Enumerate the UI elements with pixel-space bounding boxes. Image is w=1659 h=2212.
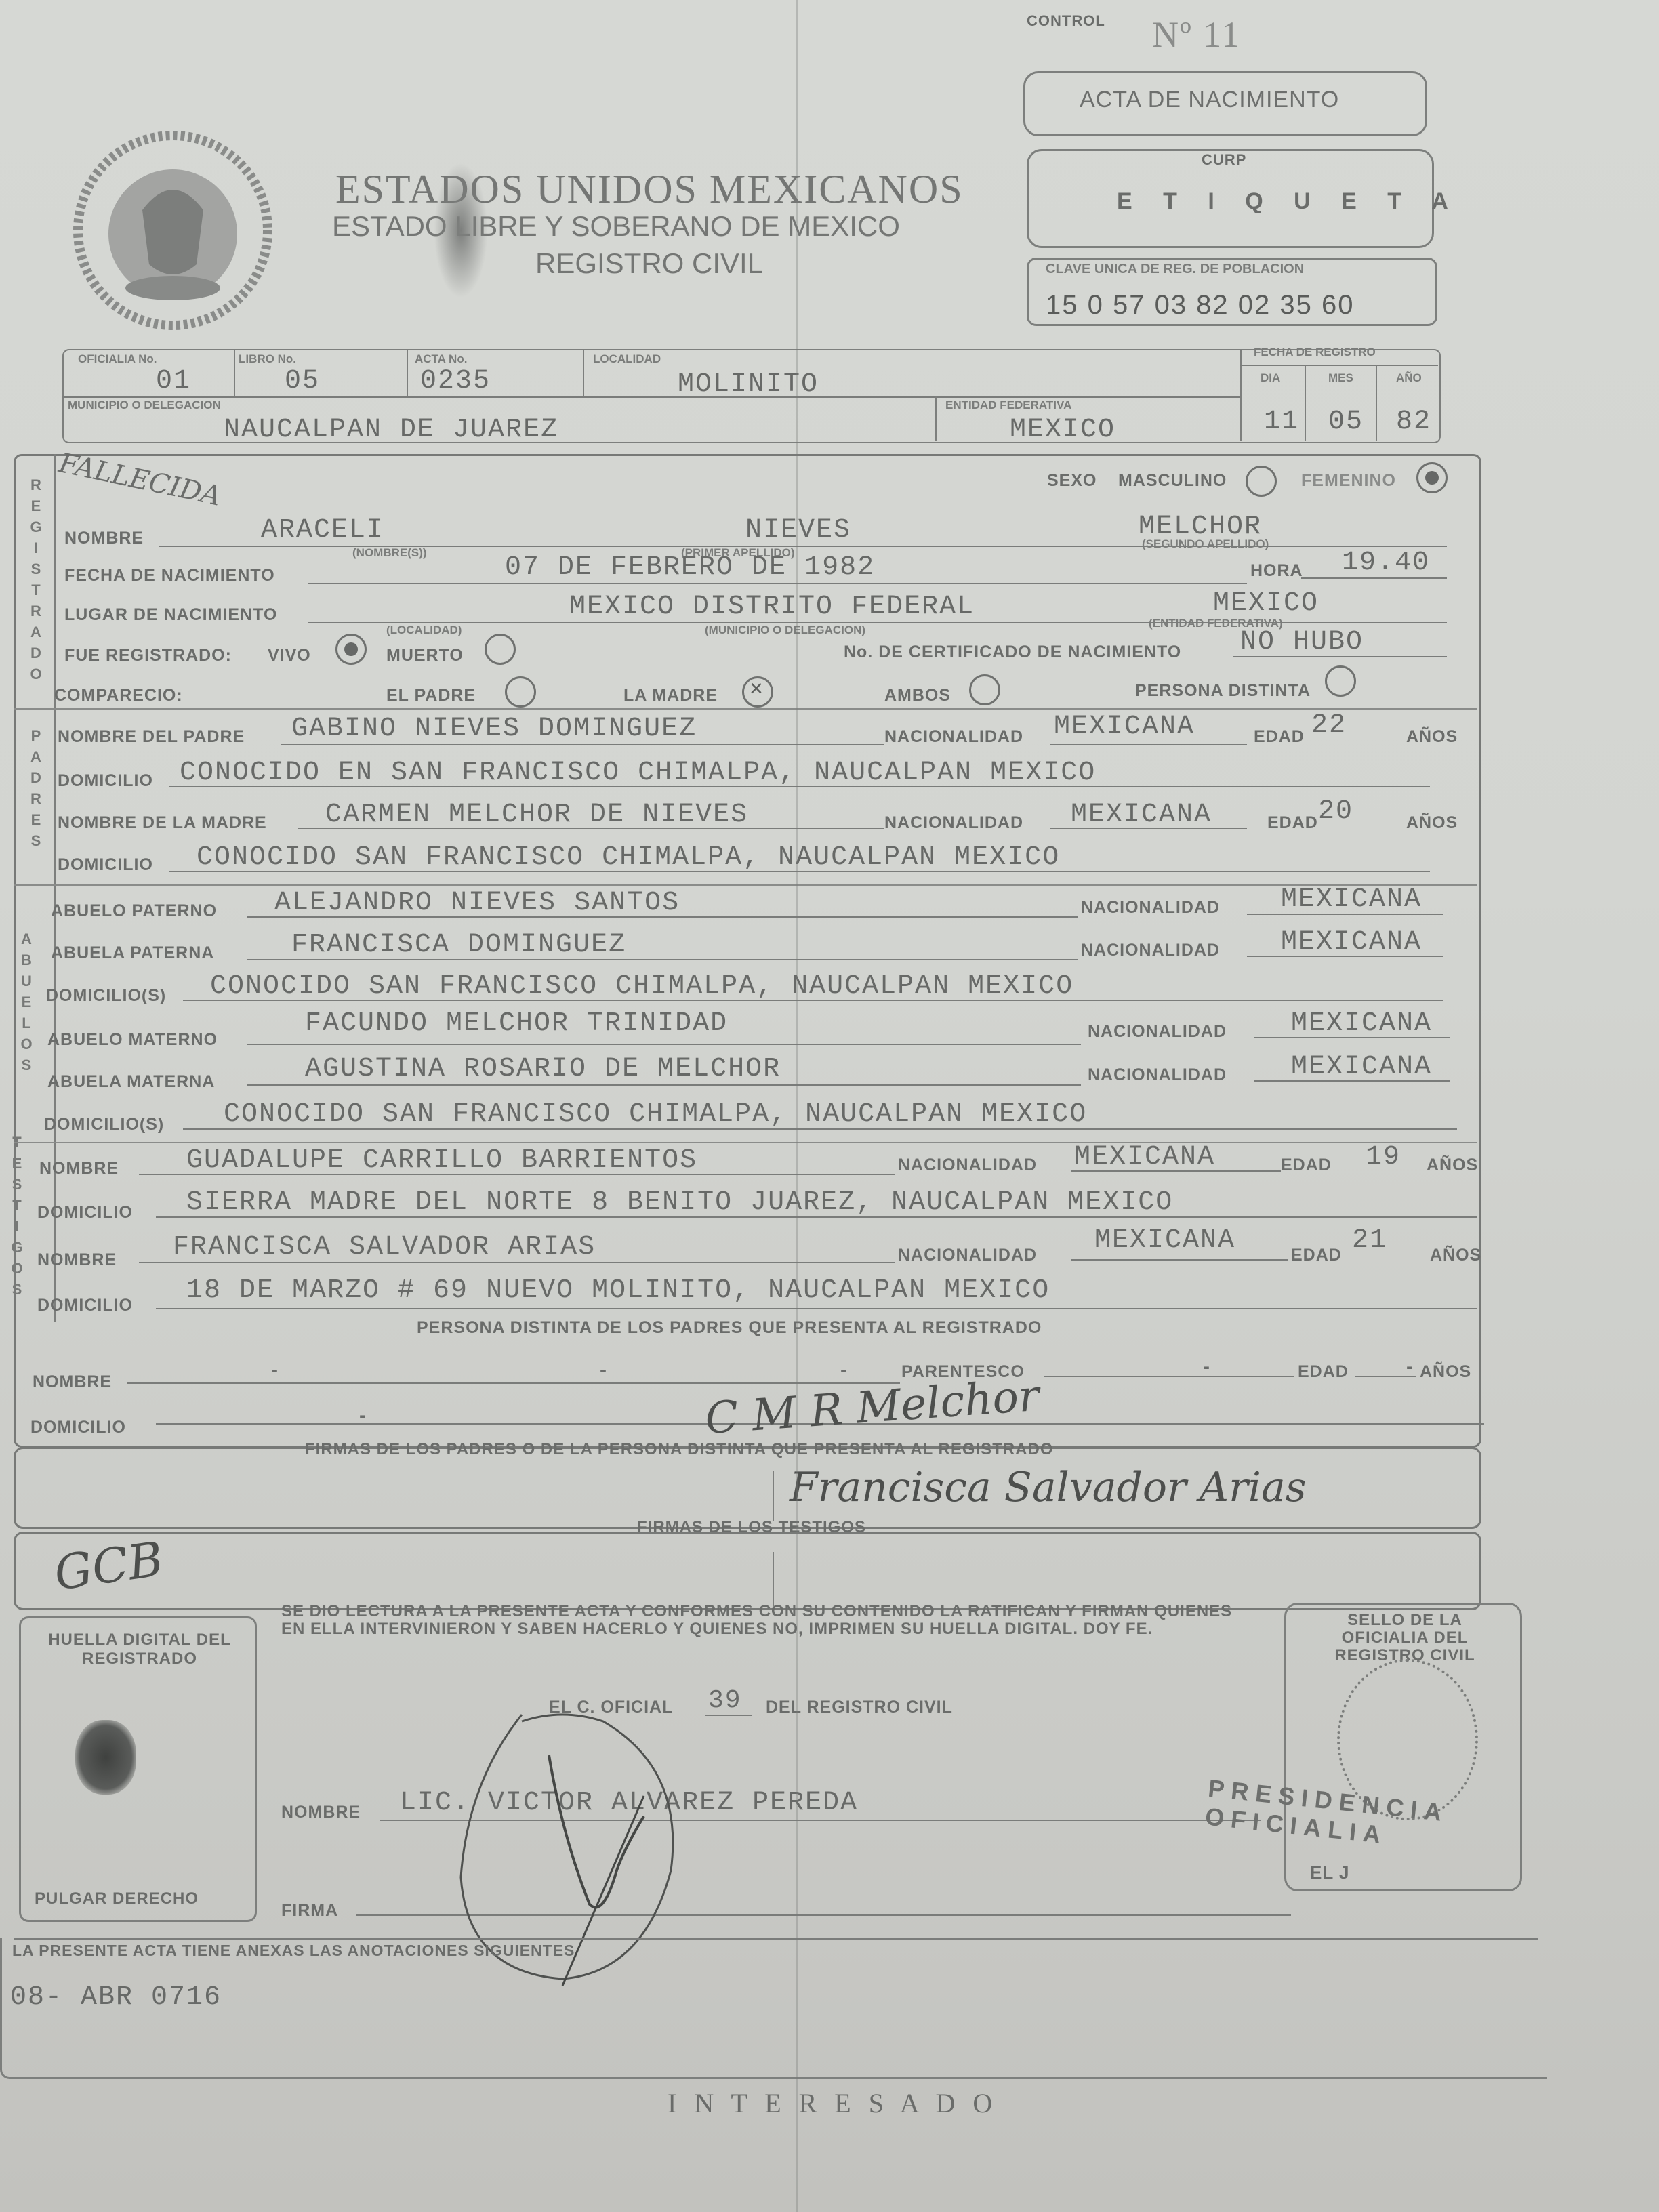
testigo2-nombre-label: NOMBRE [37,1250,117,1270]
masculino-label: MASCULINO [1118,471,1227,491]
padre-label: NOMBRE DEL PADRE [58,727,245,747]
nombre-label: NOMBRE [64,529,144,548]
comparecio-madre-label: LA MADRE [623,686,718,705]
underline [247,1084,1081,1086]
madre-nombre: CARMEN MELCHOR DE NIEVES [325,800,748,830]
persona-distinta-anos-label: AÑOS [1420,1362,1471,1382]
vivo-radio[interactable] [335,634,367,665]
testigo1-nac: MEXICANA [1074,1142,1215,1172]
comparecio-padre-label: EL PADRE [386,686,476,705]
madre-anos-label: AÑOS [1406,813,1458,833]
clave-box: CLAVE UNICA DE REG. DE POBLACION 15 0 57… [1027,258,1437,326]
divider [234,349,235,396]
testigo2-domicilio: 18 DE MARZO # 69 NUEVO MOLINITO, NAUCALP… [186,1275,1050,1306]
side-label-padres: PADRES [26,725,46,851]
municipio-value: NAUCALPAN DE JUAREZ [224,415,558,445]
padre-edad: 22 [1311,710,1347,741]
firmas-testigos-title: FIRMAS DE LOS TESTIGOS [637,1518,866,1537]
fecha-nacimiento-value: 07 DE FEBRERO DE 1982 [505,552,875,583]
huella-title: HUELLA DIGITAL DEL REGISTRADO [41,1631,238,1668]
entidad-label: ENTIDAD FEDERATIVA [945,398,1071,412]
comparecio-label: COMPARECIO: [54,686,183,705]
persona-distinta-nombre-dash-2: - [600,1359,607,1382]
thumbprint-icon [75,1720,136,1795]
persona-distinta-nombre-label: NOMBRE [33,1372,112,1392]
entidad-value: MEXICO [1010,415,1115,445]
muerto-radio[interactable] [485,634,516,665]
localidad-sublabel: (LOCALIDAD) [386,623,462,637]
control-label: CONTROL [1027,12,1105,30]
libro-value: 05 [285,366,320,396]
madre-edad: 20 [1318,796,1353,827]
dia-value: 11 [1264,407,1299,437]
comparecio-distinta-radio[interactable] [1325,665,1356,697]
testigo2-edad: 21 [1352,1225,1387,1256]
testigo2-nac: MEXICANA [1094,1225,1235,1256]
lugar-nacimiento-label: LUGAR DE NACIMIENTO [64,605,277,625]
certificado-label: No. DE CERTIFICADO DE NACIMIENTO [844,642,1181,662]
national-coat-of-arms-icon [68,129,278,332]
nombre-sublabel: (NOMBRE(S)) [352,546,427,560]
dia-label: DIA [1261,371,1280,385]
testigo2-domicilio-label: DOMICILIO [37,1296,133,1315]
padre-domicilio-label: DOMICILIO [58,771,153,791]
section-divider [14,708,1477,710]
registrado-nombre: ARACELI [261,515,384,546]
testigo1-edad-label: EDAD [1281,1155,1332,1175]
testigo1-anos-label: AÑOS [1427,1155,1478,1175]
ink-stain [434,163,488,298]
abuelo-paterno: ALEJANDRO NIEVES SANTOS [274,888,680,918]
underline [127,1382,900,1384]
muerto-label: MUERTO [386,646,464,665]
maternos-domicilio-label: DOMICILIO(S) [44,1115,164,1134]
comparecio-ambos-radio[interactable] [969,674,1000,705]
curp-value: E T I Q U E T A [1117,188,1460,215]
testigo1-edad: 19 [1366,1142,1401,1172]
hora-label: HORA [1250,561,1303,581]
divider [1240,365,1438,366]
sello-title: SELLO DE LA OFICIALIA DEL REGISTRO CIVIL [1307,1612,1503,1664]
signature-divider [773,1471,774,1521]
paternos-domicilio-label: DOMICILIO(S) [46,986,166,1006]
testigo1-nombre-label: NOMBRE [39,1159,119,1179]
testigo2-anos-label: AÑOS [1430,1246,1481,1265]
ano-value: 82 [1396,407,1431,437]
acta-label: ACTA No. [415,352,467,366]
divider [1376,365,1377,441]
header-office: REGISTRO CIVIL [535,247,763,280]
signature-divider [773,1552,774,1606]
masculino-radio[interactable] [1246,466,1277,497]
clave-label: CLAVE UNICA DE REG. DE POBLACION [1046,262,1304,277]
abuela-materna-nac-label: NACIONALIDAD [1088,1065,1227,1085]
persona-distinta-domicilio-label: DOMICILIO [30,1418,126,1437]
abuela-paterna-label: ABUELA PATERNA [51,943,214,963]
control-number: Nº 11 [1152,14,1241,56]
sexo-label: SEXO [1047,471,1097,491]
padre-nacionalidad-label: NACIONALIDAD [884,727,1023,747]
segundo-apellido-sublabel: (SEGUNDO APELLIDO) [1142,537,1269,551]
firma-label: FIRMA [281,1901,338,1921]
pulgar-label: PULGAR DERECHO [35,1889,199,1908]
abuelo-materno-nac-label: NACIONALIDAD [1088,1022,1227,1042]
divider [1240,349,1242,441]
hora-value: 19.40 [1342,548,1430,578]
libro-label: LIBRO No. [239,352,296,366]
clave-value: 15 0 57 03 82 02 35 60 [1046,290,1354,321]
underline [1071,1259,1288,1261]
lugar-entidad-value: MEXICO [1213,588,1319,619]
persona-distinta-domicilio-dash: - [359,1404,367,1427]
padre-nombre: GABINO NIEVES DOMINGUEZ [291,714,697,744]
persona-distinta-nombre-dash-1: - [271,1359,279,1382]
femenino-radio[interactable] [1416,462,1448,493]
document-type-box: ACTA DE NACIMIENTO [1023,71,1427,136]
paper-fold [796,0,798,2212]
stamp-text-2: EL J [1310,1862,1349,1883]
witness2-signature: Francisca Salvador Arias [790,1464,1307,1511]
side-label-abuelos: ABUELOS [16,928,37,1076]
testigo1-nac-label: NACIONALIDAD [898,1155,1037,1175]
comparecio-madre-radio[interactable] [742,676,773,708]
abuela-paterna-nac: MEXICANA [1281,927,1422,958]
madre-nacionalidad-label: NACIONALIDAD [884,813,1023,833]
mes-value: 05 [1328,407,1364,437]
padre-edad-label: EDAD [1254,727,1305,747]
underline [247,1044,1081,1045]
padre-domicilio: CONOCIDO EN SAN FRANCISCO CHIMALPA, NAUC… [180,758,1096,788]
curp-box: CURP E T I Q U E T A [1027,149,1434,248]
testigo1-domicilio-label: DOMICILIO [37,1203,133,1223]
testigo1-domicilio: SIERRA MADRE DEL NORTE 8 BENITO JUAREZ, … [186,1187,1173,1218]
fue-registrado-label: FUE REGISTRADO: [64,646,232,665]
birth-certificate-page: CONTROL Nº 11 ESTADOS UNIDOS MEXICANOS E… [0,0,1659,2212]
divider [583,349,584,396]
madre-nacionalidad: MEXICANA [1071,800,1212,830]
madre-edad-label: EDAD [1267,813,1318,833]
abuelo-paterno-nac: MEXICANA [1281,884,1422,915]
persona-distinta-edad-label: EDAD [1298,1362,1349,1382]
abuela-materna: AGUSTINA ROSARIO DE MELCHOR [305,1054,781,1084]
comparecio-distinta-label: PERSONA DISTINTA [1135,681,1311,701]
section-divider [14,884,1477,886]
document-type: ACTA DE NACIMIENTO [1080,87,1339,113]
divider [1305,365,1306,441]
divider [935,396,937,441]
paternos-domicilio: CONOCIDO SAN FRANCISCO CHIMALPA, NAUCALP… [210,971,1073,1002]
header-state: ESTADO LIBRE Y SOBERANO DE MEXICO [332,210,900,243]
municipio-label: MUNICIPIO O DELEGACION [68,398,221,412]
divider [407,349,408,396]
underline [308,583,1247,584]
madre-label: NOMBRE DE LA MADRE [58,813,267,833]
registrado-primer-apellido: NIEVES [745,515,851,546]
madre-domicilio-label: DOMICILIO [58,855,153,875]
anotacion-value: 08- ABR 0716 [10,1982,222,2013]
certificado-value: NO HUBO [1240,627,1364,657]
huella-box: HUELLA DIGITAL DEL REGISTRADO PULGAR DER… [19,1616,257,1922]
ano-label: AÑO [1396,371,1422,385]
parentesco-dash: - [1203,1355,1210,1378]
oficialia-label: OFICIALIA No. [78,352,157,366]
side-label-testigos: TESTIGOS [7,1132,27,1300]
lectura-text: SE DIO LECTURA A LA PRESENTE ACTA Y CONF… [281,1603,1257,1638]
underline [156,1308,1477,1309]
fecha-registro-label: FECHA DE REGISTRO [1254,346,1376,359]
abuelo-materno-label: ABUELO MATERNO [47,1030,218,1050]
persona-distinta-nombre-dash-3: - [840,1359,848,1382]
interesado-label: I N T E R E S A D O [668,2087,998,2119]
oficialia-value: 01 [156,366,191,396]
comparecio-padre-radio[interactable] [505,676,536,708]
padre-anos-label: AÑOS [1406,727,1458,747]
localidad-label: LOCALIDAD [593,352,661,366]
firmas-padres-title: FIRMAS DE LOS PADRES O DE LA PERSONA DIS… [305,1440,1054,1459]
underline [1050,744,1247,745]
header-country: ESTADOS UNIDOS MEXICANOS [335,166,964,213]
abuelo-paterno-nac-label: NACIONALIDAD [1081,898,1220,918]
testigo2-edad-label: EDAD [1291,1246,1342,1265]
testigo2-nac-label: NACIONALIDAD [898,1246,1037,1265]
firmas-testigos-box [14,1532,1481,1610]
testigo1-nombre: GUADALUPE CARRILLO BARRIENTOS [186,1145,697,1176]
curp-label: CURP [1202,151,1246,169]
acta-value: 0235 [420,366,491,396]
abuelo-materno: FACUNDO MELCHOR TRINIDAD [305,1008,728,1039]
lugar-municipio-value: MEXICO DISTRITO FEDERAL [569,592,975,622]
abuelo-materno-nac: MEXICANA [1291,1008,1432,1039]
underline [1044,1376,1294,1377]
persona-distinta-edad-dash: - [1406,1355,1414,1378]
oficial-suffix: DEL REGISTRO CIVIL [766,1698,953,1717]
side-label-registrado: REGISTRADO [26,474,46,684]
persona-distinta-title: PERSONA DISTINTA DE LOS PADRES QUE PRESE… [417,1318,1042,1338]
sello-box: SELLO DE LA OFICIALIA DEL REGISTRO CIVIL… [1284,1603,1522,1891]
abuela-materna-label: ABUELA MATERNA [47,1072,215,1092]
section-divider [14,1142,1477,1143]
abuela-materna-nac: MEXICANA [1291,1052,1432,1082]
side-label-divider [54,454,56,1322]
municipio-sublabel: (MUNICIPIO O DELEGACION) [705,623,865,637]
mes-label: MES [1328,371,1353,385]
anotaciones-label: LA PRESENTE ACTA TIENE ANEXAS LAS ANOTAC… [12,1942,575,1960]
oficial-nombre-label: NOMBRE [281,1803,361,1822]
testigo2-nombre: FRANCISCA SALVADOR ARIAS [173,1232,596,1263]
maternos-domicilio: CONOCIDO SAN FRANCISCO CHIMALPA, NAUCALP… [224,1099,1087,1130]
vivo-label: VIVO [268,646,311,665]
padre-nacionalidad: MEXICANA [1054,712,1195,742]
underline [281,744,884,745]
divider [62,396,1242,398]
comparecio-ambos-label: AMBOS [884,686,951,705]
madre-domicilio: CONOCIDO SAN FRANCISCO CHIMALPA, NAUCALP… [197,842,1060,873]
femenino-label: FEMENINO [1301,471,1396,491]
fecha-nacimiento-label: FECHA DE NACIMIENTO [64,566,275,586]
abuela-paterna-nac-label: NACIONALIDAD [1081,941,1220,960]
abuela-paterna: FRANCISCA DOMINGUEZ [291,930,626,960]
abuelo-paterno-label: ABUELO PATERNO [51,901,217,921]
